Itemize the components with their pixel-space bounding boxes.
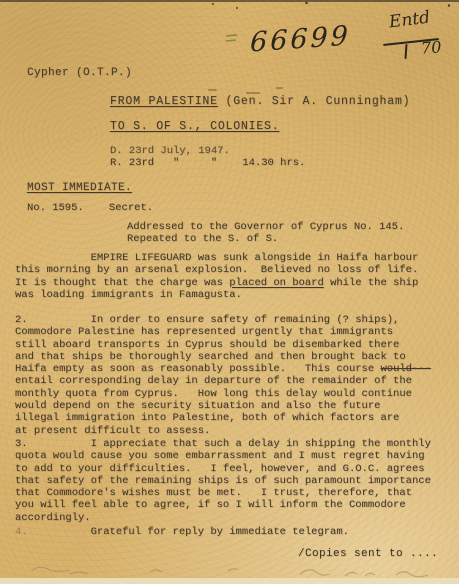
date-received: R. 23rd " " 14.30 hrs. bbox=[110, 157, 305, 169]
entered-number: 70 bbox=[420, 37, 442, 57]
from-line: FROM PALESTINE (Gen. Sir A. Cunningham) bbox=[110, 95, 410, 108]
entered-tick bbox=[404, 44, 407, 59]
copies-sent-note: /Copies sent to .... bbox=[298, 548, 438, 560]
ink-speck bbox=[212, 3, 214, 5]
paragraph-1-underlined-phrase: placed on board bbox=[229, 277, 324, 289]
paragraph-2-text: 2. In order to ensure safety of remainin… bbox=[15, 314, 406, 375]
entered-word: Entd bbox=[388, 8, 431, 33]
handwritten-entered-mark: Entd 70 bbox=[383, 8, 455, 72]
ink-speck bbox=[236, 7, 238, 9]
paragraph-4-text: Grateful for reply by immediate telegram… bbox=[28, 526, 349, 538]
from-origin: FROM PALESTINE bbox=[110, 95, 218, 108]
date-despatched: D. 23rd July, 1947. bbox=[110, 145, 230, 157]
telegram-number-line: No. 1595. Secret. bbox=[27, 202, 153, 214]
ink-speck bbox=[448, 4, 450, 7]
paragraph-4: 4. Grateful for reply by immediate teleg… bbox=[15, 526, 451, 538]
smudge-mark bbox=[208, 89, 217, 91]
scanned-telegram-page: 66699 Entd 70 Cypher (O.T.P.) FROM PALES… bbox=[0, 0, 459, 584]
paragraph-2-text-end: entail corresponding delay in departure … bbox=[15, 375, 412, 436]
priority-marking: MOST IMMEDIATE. bbox=[27, 182, 132, 194]
addressed-block: Addressed to the Governor of Cyprus No. … bbox=[127, 221, 404, 246]
from-sender: (Gen. Sir A. Cunningham) bbox=[218, 95, 411, 108]
paragraph-2: 2. In order to ensure safety of remainin… bbox=[15, 314, 455, 437]
paragraph-2-struck-word: would--- bbox=[380, 363, 430, 375]
cypher-label: Cypher (O.T.P.) bbox=[27, 67, 132, 79]
paragraph-4-number: 4. bbox=[15, 526, 28, 538]
paragraph-3: 3. I appreciate that such a delay in shi… bbox=[15, 438, 455, 524]
smudge-mark bbox=[246, 92, 260, 94]
ink-speck bbox=[305, 2, 308, 4]
paragraph-1: EMPIRE LIFEGUARD was sunk alongside in H… bbox=[15, 252, 451, 301]
scan-edge-top bbox=[0, 0, 459, 2]
to-line: TO S. OF S., COLONIES. bbox=[110, 120, 279, 133]
smudge-mark bbox=[276, 87, 283, 89]
scan-edge-bottom bbox=[0, 578, 459, 584]
